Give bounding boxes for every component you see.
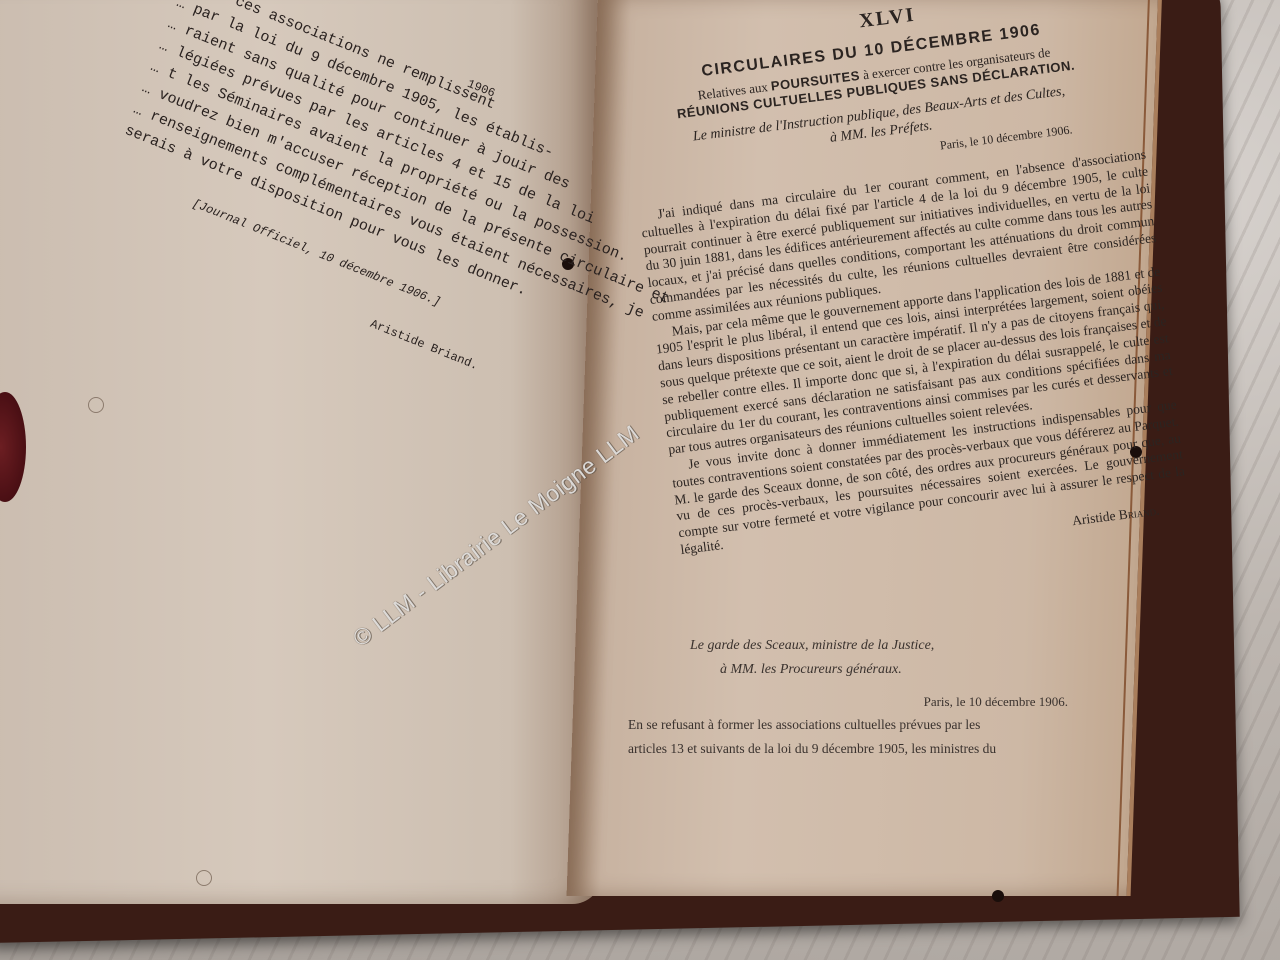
addressee-line: à MM. les Procureurs généraux. [720, 658, 1128, 682]
page-hole [992, 890, 1004, 902]
bookmark-ribbon [0, 392, 26, 502]
text-line: En se refusant à former les associations… [628, 716, 1128, 734]
text-line: articles 13 et suivants de la loi du 9 d… [628, 740, 1128, 758]
dateline: Paris, le 10 décembre 1906. [628, 694, 1128, 710]
addressee: Le garde des Sceaux, ministre de la Just… [690, 634, 1128, 682]
page-hole [88, 397, 104, 413]
page-hole [196, 870, 212, 886]
second-circular: Le garde des Sceaux, ministre de la Just… [628, 634, 1128, 758]
addressee-line: Le garde des Sceaux, ministre de la Just… [690, 634, 1128, 658]
right-page-text: XLVI CIRCULAIRES DU 10 DÉCEMBRE 1906 Rel… [618, 0, 1180, 577]
circular-body: J'ai indiqué dans ma circulaire du 1er c… [639, 147, 1188, 559]
